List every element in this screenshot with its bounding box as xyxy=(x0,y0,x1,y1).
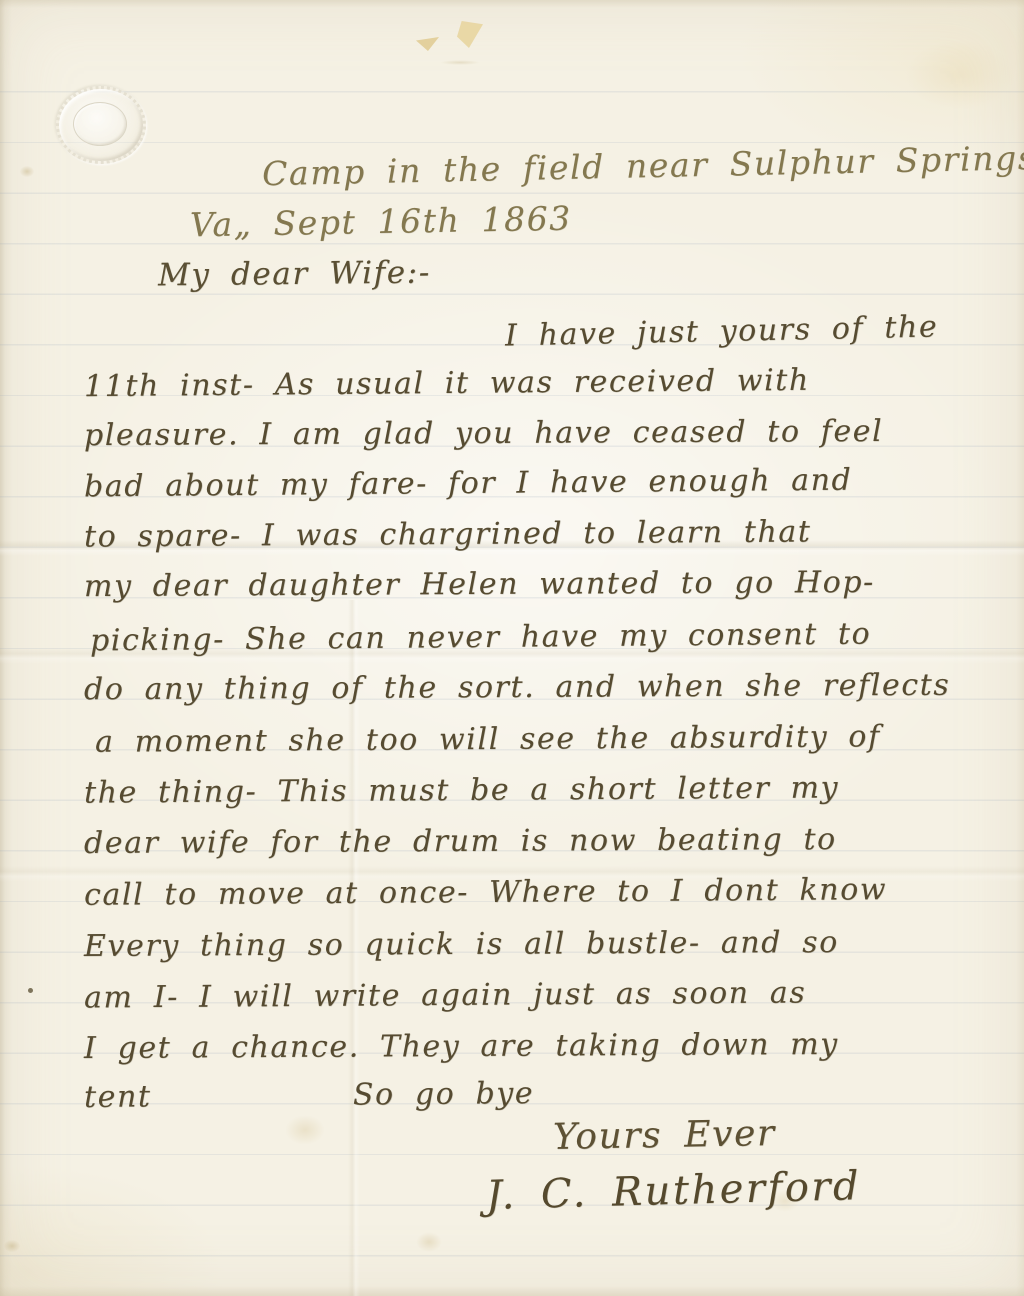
letter-closing: Yours Ever xyxy=(553,1113,776,1158)
paper-stain xyxy=(285,1115,325,1145)
letter-body-line: my dear daughter Helen wanted to go Hop- xyxy=(84,565,875,604)
letter-body-line: I get a chance. They are taking down my xyxy=(84,1027,839,1066)
letter-page: Camp in the field near Sulphur Springs. … xyxy=(0,0,1024,1296)
embossed-seal-inner xyxy=(73,102,127,146)
paper-tear xyxy=(416,37,439,51)
letter-dateline-date: Va„ Sept 16th 1863 xyxy=(190,199,572,245)
paper-stain xyxy=(416,1232,442,1252)
letter-body-line: Every thing so quick is all bustle- and … xyxy=(84,925,839,964)
letter-body-line: call to move at once- Where to I dont kn… xyxy=(84,872,887,913)
letter-body-line: a moment she too will see the absurdity … xyxy=(95,719,881,759)
letter-body-line: am I- I will write again just as soon as xyxy=(84,975,806,1015)
embossed-seal xyxy=(56,86,146,164)
paper-stain xyxy=(905,40,1015,110)
letter-body-line: tent So go bye xyxy=(84,1076,535,1115)
letter-body-line: picking- She can never have my consent t… xyxy=(90,617,872,659)
stray-ink-dot xyxy=(28,988,33,993)
letter-body-line: 11th inst- As usual it was received with xyxy=(84,363,810,404)
paper-stain xyxy=(4,1240,20,1252)
paper-tear-shadow xyxy=(440,60,480,65)
letter-body-line: dear wife for the drum is now beating to xyxy=(84,822,837,861)
letter-body-line: bad about my fare- for I have enough and xyxy=(84,463,853,505)
letter-body-line: I have just yours of the xyxy=(505,309,939,353)
letter-body-line: pleasure. I am glad you have ceased to f… xyxy=(84,414,883,453)
paper-tear xyxy=(457,21,483,48)
letter-body-line: the thing- This must be a short letter m… xyxy=(84,770,839,810)
paper-stain xyxy=(20,166,34,177)
letter-body-line: to spare- I was chargrined to learn that xyxy=(84,514,812,554)
letter-body-line: do any thing of the sort. and when she r… xyxy=(84,668,951,708)
letter-signature: J. C. Rutherford xyxy=(485,1163,861,1219)
letter-dateline-place: Camp in the field near Sulphur Springs. xyxy=(262,138,1024,193)
letter-salutation: My dear Wife:- xyxy=(158,255,431,294)
